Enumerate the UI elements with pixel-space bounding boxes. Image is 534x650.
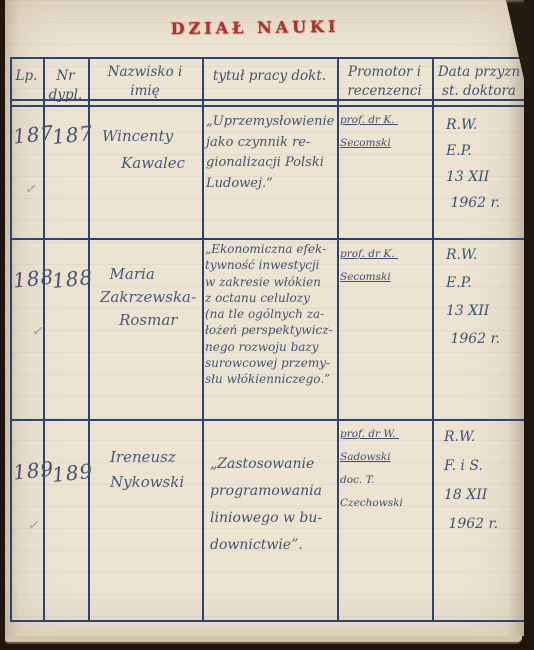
thesis-title-cell: „Uprzemysłowienie jako czynnik re- giona…	[206, 112, 336, 194]
date-cell: R.W. E.P. 13 XII 1962 r.	[446, 112, 526, 216]
name-cell: Wincenty Kawalec	[102, 123, 202, 177]
grid-hline	[10, 238, 524, 240]
lp-cell: 188	[12, 267, 46, 290]
records-table: Lp. Nr dypl. Nazwisko i imię tytuł pracy…	[10, 57, 524, 622]
scanned-ledger-photo: { "stamp": { "title": "DZIAŁ NAUKI", "co…	[0, 0, 534, 650]
name-cell: Maria Zakrzewska- Rosmar	[100, 263, 210, 332]
nr-dypl-cell: 189	[51, 461, 93, 485]
promotor-cell: prof. dr K. Secomski	[340, 109, 432, 155]
col-header-date: Data przyzn st. doktora	[434, 63, 524, 101]
col-header-lp: Lp.	[10, 67, 43, 86]
grid-vline	[432, 57, 434, 622]
promotor-line: prof. dr K. Secomski	[340, 248, 398, 283]
promotor-cell: prof. dr W. Sadowskidoc. T. Czechowski	[340, 423, 432, 515]
col-header-promotor: Promotor i recenzenci	[337, 63, 432, 101]
promotor-cell: prof. dr K. Secomski	[340, 243, 432, 289]
section-title-stamp: DZIAŁ NAUKI	[155, 17, 355, 39]
ledger-page: DZIAŁ NAUKI Lp. Nr dypl. Nazwisko i imię…	[5, 0, 524, 636]
lp-cell: 187	[12, 123, 46, 146]
thesis-title-cell: „Ekonomiczna efek- tywność inwestycji w …	[205, 241, 337, 388]
grid-hline	[10, 105, 524, 107]
lp-cell: 189	[12, 459, 46, 482]
col-header-nr-dypl: Nr dypl.	[43, 67, 88, 105]
nr-dypl-cell: 188	[51, 267, 93, 291]
name-cell: Ireneusz Nykowski	[110, 445, 210, 495]
thesis-title-cell: „Zastosowanie programowania liniowego w …	[210, 451, 335, 559]
col-header-title: tytuł pracy dokt.	[202, 67, 337, 86]
checkmark: ✓	[24, 178, 39, 200]
grid-hline	[10, 57, 524, 59]
grid-vline	[10, 57, 12, 622]
promotor-line: prof. dr W. Sadowski	[340, 428, 399, 463]
nr-dypl-cell: 187	[51, 123, 93, 147]
grid-vline	[337, 57, 339, 622]
checkmark: ✓	[27, 514, 42, 536]
date-cell: R.W. F. i S. 18 XII 1962 r.	[444, 423, 524, 539]
grid-vline	[202, 57, 204, 622]
promotor-line: prof. dr K. Secomski	[340, 114, 398, 149]
grid-hline	[10, 620, 524, 622]
grid-hline	[10, 419, 524, 421]
page-bottom-edge	[5, 636, 522, 644]
date-cell: R.W. E.P. 13 XII 1962 r.	[446, 241, 526, 353]
col-header-name: Nazwisko i imię	[88, 63, 202, 101]
reviewer-line: doc. T. Czechowski	[340, 474, 403, 509]
